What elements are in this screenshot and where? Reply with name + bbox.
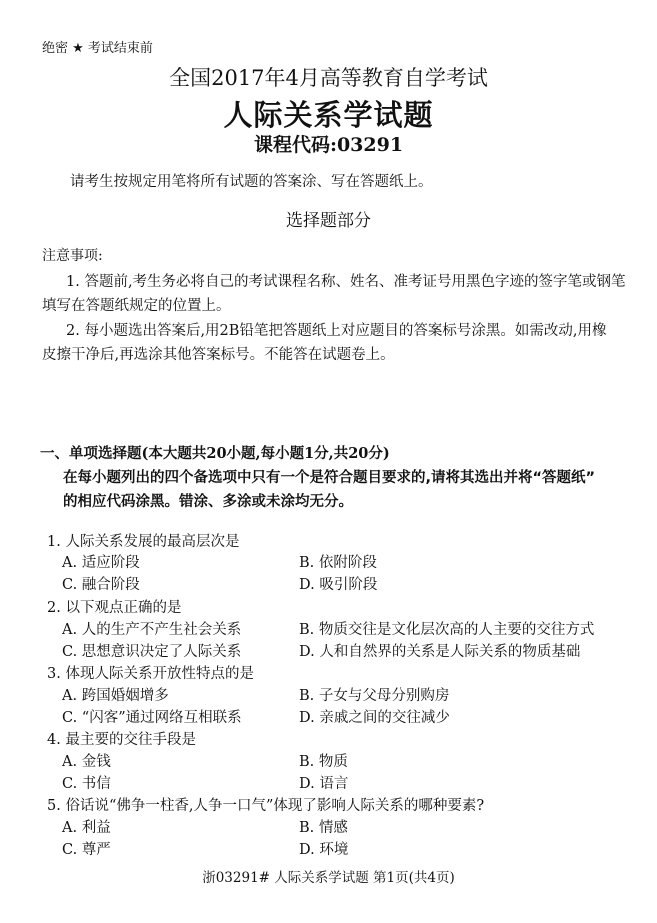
question-3-stem: 3. 体现人际关系开放性特点的是 [47, 662, 254, 683]
question-4-stem: 4. 最主要的交往手段是 [47, 728, 196, 749]
question-5-option-a: A. 利益 [62, 816, 111, 837]
question-1-option-c: C. 融合阶段 [62, 573, 140, 594]
course-code: 课程代码:03291 [0, 130, 657, 157]
question-2-option-c: C. 思想意识决定了人际关系 [62, 640, 241, 661]
answer-instruction: 请考生按规定用笔将所有试题的答案涂、写在答题纸上。 [70, 170, 433, 191]
question-4-option-a: A. 金钱 [62, 750, 111, 771]
subject-title: 人际关系学试题 [0, 93, 657, 134]
notes-title: 注意事项: [42, 245, 103, 265]
question-1-option-a: A. 适应阶段 [62, 551, 140, 572]
question-4-option-b: B. 物质 [299, 750, 348, 771]
question-1-stem: 1. 人际关系发展的最高层次是 [47, 530, 239, 551]
question-2-option-b: B. 物质交往是文化层次高的人主要的交往方式 [299, 618, 594, 639]
question-3-option-c: C. “闪客”通过网络互相联系 [62, 706, 242, 727]
part-title: 选择题部分 [0, 206, 657, 231]
question-3-option-b: B. 子女与父母分别购房 [299, 684, 449, 705]
confidential-label: 绝密 ★ 考试结束前 [42, 37, 153, 56]
question-3-option-a: A. 跨国婚姻增多 [62, 684, 169, 705]
note-line-2: 2. 每小题选出答案后,用2B铅笔把答题纸上对应题目的答案标号涂黑。如需改动,用… [66, 319, 607, 340]
question-5-option-b: B. 情感 [299, 816, 348, 837]
question-1-option-d: D. 吸引阶段 [299, 573, 377, 594]
section-desc-line-1: 在每小题列出的四个备选项中只有一个是符合题目要求的,请将其选出并将“答题纸” [63, 466, 595, 487]
exam-title: 全国2017年4月高等教育自学考试 [0, 62, 657, 92]
question-2-option-d: D. 人和自然界的关系是人际关系的物质基础 [299, 640, 580, 661]
question-5-stem: 5. 俗话说“佛争一柱香,人争一口气”体现了影响人际关系的哪种要素? [47, 794, 484, 815]
note-line-1-cont: 填写在答题纸规定的位置上。 [42, 294, 231, 315]
note-line-1: 1. 答题前,考生务必将自己的考试课程名称、姓名、准考证号用黑色字迹的签字笔或钢… [66, 270, 626, 291]
note-line-2-cont: 皮擦干净后,再选涂其他答案标号。不能答在试题卷上。 [42, 343, 395, 364]
question-4-option-d: D. 语言 [299, 772, 348, 793]
section-heading: 一、单项选择题(本大题共20小题,每小题1分,共20分) [40, 442, 390, 463]
question-2-stem: 2. 以下观点正确的是 [47, 596, 181, 617]
question-5-option-c: C. 尊严 [62, 838, 111, 859]
question-1-option-b: B. 依附阶段 [299, 551, 377, 572]
question-3-option-d: D. 亲戚之间的交往减少 [299, 706, 450, 727]
question-5-option-d: D. 环境 [299, 838, 348, 859]
page-footer: 浙03291# 人际关系学试题 第1页(共4页) [0, 866, 657, 886]
section-desc-line-2: 的相应代码涂黑。错涂、多涂或未涂均无分。 [63, 490, 353, 511]
question-2-option-a: A. 人的生产不产生社会关系 [62, 618, 241, 639]
question-4-option-c: C. 书信 [62, 772, 111, 793]
